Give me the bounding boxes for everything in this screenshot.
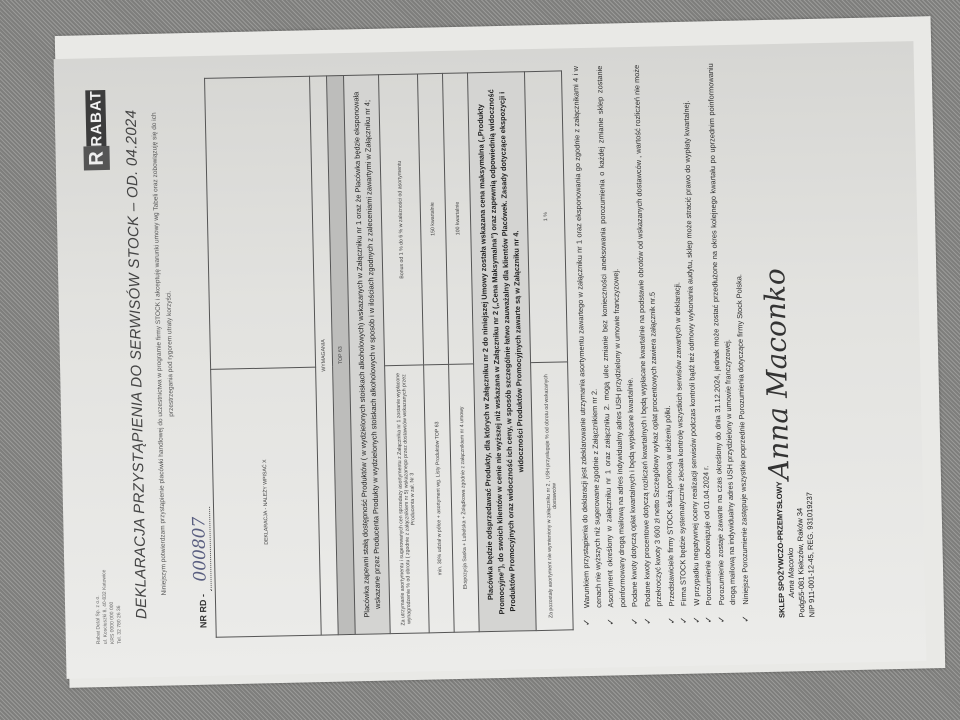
- row-requirement: Za utrzymanie asortymentu i sugerowanych…: [385, 365, 430, 634]
- handwritten-signature: Anna Maconko: [758, 268, 795, 480]
- check-icon: ✓: [678, 616, 690, 624]
- stamp-line: NIP 911-001-12-45, REG. 931019237: [805, 481, 818, 618]
- declaration-header: DEKLARACJA - NALEŻY WPISAĆ X: [211, 367, 322, 637]
- company-address: Rabat Detal Sp. z o.o. ul. Kosciuszki 8,…: [94, 569, 124, 644]
- check-icon: ✓: [691, 616, 703, 624]
- row-value: Bonus od 1 % do 6 % w zależności od asor…: [379, 74, 424, 365]
- declaration-page: Rabat Detal Sp. z o.o. ul. Kosciuszki 8,…: [54, 41, 927, 679]
- logo-text: RABAT: [85, 90, 106, 147]
- document-title: DEKLARACJA PRZYSTĄPIENIA DO SERWISÓW STO…: [122, 85, 151, 643]
- declaration-cell[interactable]: [205, 76, 316, 369]
- rabat-logo: R RABAT: [82, 90, 110, 171]
- check-icon: ✓: [716, 616, 728, 624]
- shop-stamp: SKLEP SPOŻYWCZO-PRZEMYSŁOWY Anna Maconko…: [775, 481, 818, 618]
- row-requirement: Za pozostały asortyment nie wymieniony w…: [531, 362, 574, 631]
- signature-block: SKLEP SPOŻYWCZO-PRZEMYSŁOWY Anna Maconko…: [760, 71, 832, 630]
- row-value: 1 %: [524, 71, 567, 362]
- check-icon: ✓: [605, 618, 617, 626]
- check-icon: ✓: [629, 617, 641, 625]
- logo-r-icon: R: [83, 146, 109, 170]
- nr-label: NR RD -: [198, 594, 209, 628]
- check-icon: ✓: [642, 617, 654, 625]
- check-icon: ✓: [666, 617, 678, 625]
- check-icon: ✓: [581, 618, 593, 626]
- nr-rd: NR RD - 000807: [189, 506, 212, 628]
- check-icon: ✓: [703, 616, 715, 624]
- nr-value: 000807: [189, 506, 212, 591]
- company-line: Tel. 32 780 26 36: [115, 569, 124, 644]
- condition-text: Porozumienie obowiązuje od 01.04.2024 r.: [701, 466, 713, 606]
- requirements-table: DEKLARACJA - NALEŻY WPISAĆ X WYMAGANIA T…: [204, 70, 574, 637]
- conditions-list: ✓Warunkiem przystąpienia do deklaracji j…: [570, 63, 752, 626]
- check-icon: ✓: [740, 615, 752, 623]
- header: Rabat Detal Sp. z o.o. ul. Kosciuszki 8,…: [80, 84, 212, 644]
- intro-text: Niniejszym potwierdzam przystąpienie pla…: [149, 105, 181, 603]
